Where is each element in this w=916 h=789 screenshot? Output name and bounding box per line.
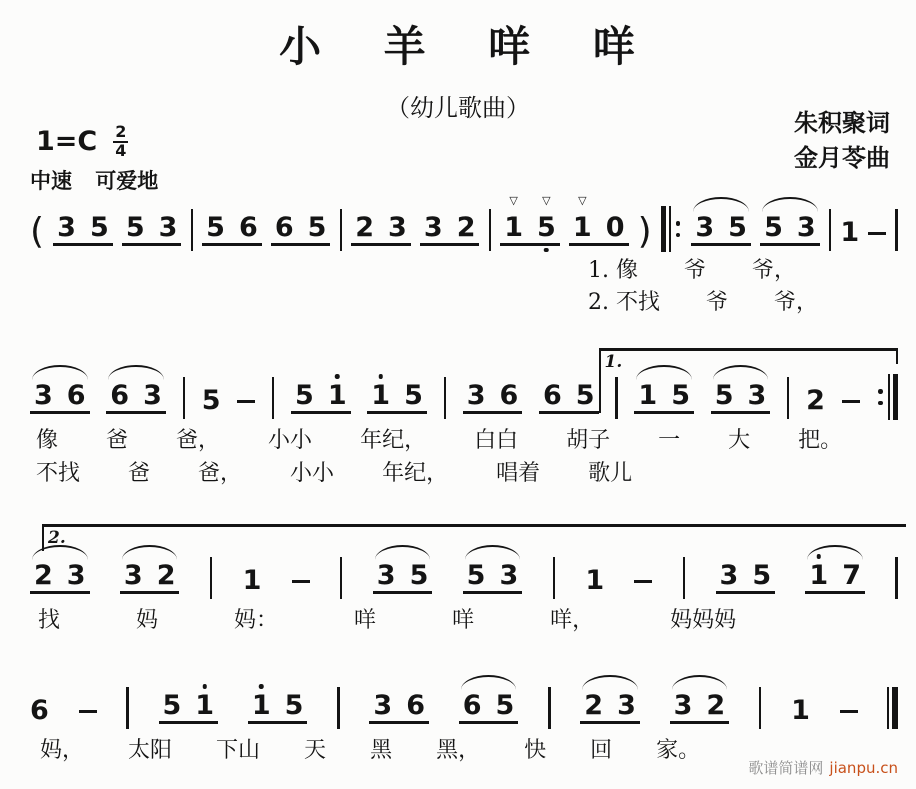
note-5: 5 — [728, 214, 747, 241]
note-digit: 3 — [34, 380, 53, 411]
repeat-dot — [676, 233, 681, 238]
note-digit: 6 — [275, 212, 294, 243]
lyric-word: 爷， — [752, 258, 796, 284]
note-digit: 1 — [573, 212, 592, 243]
barline — [895, 209, 898, 251]
beam-group: 35 — [53, 214, 113, 246]
music-line-2: 1. 366355115366515532 像爸爸，小小年纪，白白胡子一大把。 … — [30, 368, 898, 488]
note-digit: 3 — [797, 212, 816, 243]
lyric-word: 快 — [524, 738, 546, 764]
lyric-word: 黑， — [436, 738, 480, 764]
watermark-url: jianpu.cn — [829, 759, 898, 777]
note-digit: 5 — [467, 560, 486, 591]
note-digit: 3 — [67, 560, 86, 591]
repeat-thick-bar — [661, 206, 666, 252]
note-digit: 1 — [585, 565, 604, 596]
lyric-word: 黑 — [370, 738, 392, 764]
note-5: 5 — [764, 214, 783, 241]
note-5: 5 — [285, 692, 304, 719]
lyric-word: 爷， — [774, 290, 818, 316]
note-digit: 2 — [706, 690, 725, 721]
beam-group: 35 — [691, 214, 751, 246]
lyric-word: 回 — [590, 738, 612, 764]
beam-group: 35 — [373, 562, 433, 594]
lyric-word: 天 — [304, 738, 326, 764]
lyricist-credit: 朱积聚词 — [794, 106, 890, 141]
slur-arc — [32, 365, 88, 380]
lyric-word: 胡子 — [566, 428, 610, 454]
beam-group: 51 — [291, 382, 351, 414]
note-digit: 3 — [674, 690, 693, 721]
note-1: 1 — [252, 692, 271, 719]
barline — [210, 557, 213, 599]
lyric-word: 爷 — [706, 290, 728, 316]
lyric-word: 找 — [38, 608, 60, 634]
note-3: 3 — [617, 692, 636, 719]
lyric-word: 大 — [728, 428, 750, 454]
note-3: 3 — [67, 562, 86, 589]
lyric-word: 年纪， — [360, 428, 426, 454]
beam-group: 23 — [351, 214, 411, 246]
note-digit: 3 — [695, 212, 714, 243]
barline — [340, 209, 343, 251]
octave-dot-high — [259, 684, 264, 689]
note-3: 3 — [143, 382, 162, 409]
watermark: 歌谱简谱网jianpu.cn — [748, 757, 898, 778]
sheet-music-page: 小 羊 咩 咩 （幼儿歌曲） 朱积聚词 金月苓曲 1=C 2 4 中速 可爱地 … — [0, 0, 916, 789]
beam-group: 15 — [634, 382, 694, 414]
lyric-word: 爸， — [176, 428, 220, 454]
note-5: 5 — [90, 214, 109, 241]
note-digit: 1 — [840, 217, 859, 248]
barline — [489, 209, 492, 251]
repeat-dot — [676, 221, 681, 226]
beam-group: 53 — [463, 562, 523, 594]
credits: 朱积聚词 金月苓曲 — [794, 106, 890, 176]
note-digit: 6 — [239, 212, 258, 243]
staccato-accent-icon: ▽ — [509, 195, 517, 206]
note-5: ▽5 — [537, 214, 556, 241]
beam-group: 32 — [120, 562, 180, 594]
note-digit: 3 — [499, 560, 518, 591]
note-digit: 3 — [424, 212, 443, 243]
lyric-word: 咩， — [550, 608, 594, 634]
parenthesis: ( — [30, 214, 44, 250]
dash-continuation — [237, 400, 255, 404]
note-digit: 3 — [747, 380, 766, 411]
lyric-word: 爸 — [128, 461, 150, 487]
note-digit: 6 — [67, 380, 86, 411]
note-1: ▽1 — [504, 214, 523, 241]
note-digit: 5 — [537, 212, 556, 243]
note-6: 6 — [543, 382, 562, 409]
note-3: 3 — [34, 382, 53, 409]
note-digit: 3 — [124, 560, 143, 591]
note-3: 3 — [57, 214, 76, 241]
note-3: 3 — [373, 692, 392, 719]
beam-group: ▽1▽5 — [500, 214, 560, 246]
note-5: 5 — [163, 692, 182, 719]
barline — [191, 209, 194, 251]
note-digit: 1 — [371, 380, 390, 411]
octave-dot-high — [335, 374, 340, 379]
barline — [548, 687, 551, 729]
note-digit: 3 — [57, 212, 76, 243]
note-digit: 2 — [34, 560, 53, 591]
note-digit: 5 — [308, 212, 327, 243]
repeat-dots — [676, 221, 681, 237]
note-5: 5 — [671, 382, 690, 409]
note-digit: 5 — [295, 380, 314, 411]
lyrics-verse-1: 像爸爸，小小年纪，白白胡子一大把。 — [36, 428, 898, 454]
final-thick-bar — [892, 687, 898, 729]
dash-continuation — [79, 710, 97, 714]
note-digit: 1 — [791, 695, 810, 726]
lyric-word: 太阳 — [128, 738, 172, 764]
lyric-word: 爸 — [106, 428, 128, 454]
note-1: 1 — [840, 219, 859, 246]
note-digit: 5 — [404, 380, 423, 411]
lyric-word: 1. 像 — [588, 258, 638, 284]
slur-arc — [582, 675, 638, 690]
note-digit: 5 — [576, 380, 595, 411]
note-1: 1 — [371, 382, 390, 409]
note-3: 3 — [797, 214, 816, 241]
barline — [126, 687, 129, 729]
lyric-word: 小小 — [290, 461, 334, 487]
lyric-word: 爸， — [198, 461, 242, 487]
note-2: 2 — [34, 562, 53, 589]
notation-row: (355356652332▽1▽5▽10)35531 — [30, 200, 898, 246]
music-line-1: (355356652332▽1▽5▽10)35531 1. 像爷爷， 2. 不找… — [30, 200, 898, 317]
barline — [340, 557, 343, 599]
slur-arc — [461, 675, 517, 690]
note-digit: 5 — [752, 560, 771, 591]
staccato-accent-icon: ▽ — [578, 195, 586, 206]
note-3: 3 — [159, 214, 178, 241]
note-1: ▽1 — [573, 214, 592, 241]
note-3: 3 — [720, 562, 739, 589]
dash-continuation — [292, 580, 310, 584]
note-digit: 2 — [457, 212, 476, 243]
note-2: 2 — [584, 692, 603, 719]
second-ending-bracket: 2. — [42, 524, 906, 551]
notation-row: 23321355313517 — [30, 548, 898, 594]
note-3: 3 — [424, 214, 443, 241]
beam-group: 65 — [271, 214, 331, 246]
note-digit: 1 — [504, 212, 523, 243]
beam-group: 36 — [30, 382, 90, 414]
lyric-word: 歌儿 — [588, 461, 632, 487]
note-3: 3 — [388, 214, 407, 241]
note-digit: 0 — [606, 212, 625, 243]
beam-group: 53 — [760, 214, 820, 246]
barline — [444, 377, 447, 419]
note-digit: 5 — [202, 385, 221, 416]
note-digit: 5 — [671, 380, 690, 411]
note-digit: 6 — [30, 695, 49, 726]
lyric-word: 把。 — [798, 428, 842, 454]
song-title: 小 羊 咩 咩 — [0, 14, 916, 74]
note-digit: 1 — [328, 380, 347, 411]
barline — [829, 209, 832, 251]
octave-dot-high — [378, 374, 383, 379]
note-digit: 1 — [243, 565, 262, 596]
note-2: 2 — [157, 562, 176, 589]
note-3: 3 — [124, 562, 143, 589]
note-6: 6 — [30, 697, 49, 724]
lyrics-verse-2: 不找爸爸，小小年纪，唱着歌儿 — [36, 461, 898, 487]
key-signature: 1=C — [36, 126, 97, 157]
composer-credit: 金月苓曲 — [794, 141, 890, 176]
lyric-word: 2. 不找 — [588, 290, 660, 316]
time-signature: 2 4 — [113, 124, 128, 160]
note-6: 6 — [110, 382, 129, 409]
beam-group: 65 — [459, 692, 519, 724]
note-6: 6 — [239, 214, 258, 241]
beam-group: 53 — [122, 214, 182, 246]
note-digit: 6 — [110, 380, 129, 411]
parenthesis: ) — [638, 214, 652, 250]
staccato-accent-icon: ▽ — [542, 195, 550, 206]
beam-group: 65 — [539, 382, 599, 414]
lyric-word: 唱着 — [496, 461, 540, 487]
note-0: 0 — [606, 214, 625, 241]
note-digit: 2 — [806, 385, 825, 416]
song-subtitle: （幼儿歌曲） — [0, 88, 916, 123]
note-5: 5 — [206, 214, 225, 241]
notation-row: 65115366523321 — [30, 678, 898, 724]
note-6: 6 — [406, 692, 425, 719]
note-5: 5 — [202, 387, 221, 414]
note-digit: 5 — [728, 212, 747, 243]
note-digit: 2 — [355, 212, 374, 243]
slur-arc — [693, 197, 749, 212]
beam-group: 56 — [202, 214, 262, 246]
note-2: 2 — [355, 214, 374, 241]
slur-arc — [762, 197, 818, 212]
barline — [183, 377, 186, 419]
lyric-word: 妈 — [136, 608, 158, 634]
note-2: 2 — [706, 692, 725, 719]
note-5: 5 — [404, 382, 423, 409]
note-digit: 6 — [406, 690, 425, 721]
note-digit: 6 — [463, 690, 482, 721]
octave-dot-high — [202, 684, 207, 689]
lyrics-verse: 找妈妈：咩咩咩，妈妈妈 — [38, 608, 898, 634]
beam-group: 15 — [248, 692, 308, 724]
beam-group: 51 — [159, 692, 219, 724]
note-digit: 5 — [126, 212, 145, 243]
beam-group: 32 — [670, 692, 730, 724]
barline — [553, 557, 556, 599]
barline — [683, 557, 686, 599]
beam-group: 36 — [369, 692, 429, 724]
note-digit: 1 — [195, 690, 214, 721]
note-digit: 5 — [496, 690, 515, 721]
beam-group: 17 — [805, 562, 865, 594]
note-6: 6 — [275, 214, 294, 241]
note-5: 5 — [496, 692, 515, 719]
note-5: 5 — [295, 382, 314, 409]
note-2: 2 — [457, 214, 476, 241]
beam-group: 53 — [711, 382, 771, 414]
note-3: 3 — [674, 692, 693, 719]
note-digit: 6 — [500, 380, 519, 411]
time-signature-numerator: 2 — [113, 124, 128, 141]
note-digit: 5 — [715, 380, 734, 411]
note-3: 3 — [499, 562, 518, 589]
lyric-word: 一 — [658, 428, 680, 454]
dash-continuation — [634, 580, 652, 584]
final-barline — [887, 687, 898, 729]
note-digit: 5 — [206, 212, 225, 243]
beam-group: 36 — [463, 382, 523, 414]
first-ending-label: 1. — [605, 352, 623, 372]
beam-group: 15 — [367, 382, 427, 414]
note-5: 5 — [410, 562, 429, 589]
lyrics-verse-2: 2. 不找爷爷， — [588, 290, 898, 316]
music-line-3: 2. 23321355313517 找妈妈：咩咩咩，妈妈妈 — [30, 548, 898, 634]
final-thin-bar — [887, 687, 889, 729]
barline — [337, 687, 340, 729]
watermark-site-name: 歌谱简谱网 — [748, 759, 823, 777]
music-line-4: 65115366523321 妈，太阳下山天黑黑，快回家。 — [30, 678, 898, 764]
note-1: 1 — [243, 567, 262, 594]
beam-group: 23 — [580, 692, 640, 724]
note-digit: 5 — [410, 560, 429, 591]
slur-arc — [108, 365, 164, 380]
note-digit: 3 — [720, 560, 739, 591]
tempo-marking: 中速 可爱地 — [30, 165, 158, 195]
note-digit: 2 — [157, 560, 176, 591]
note-digit: 3 — [159, 212, 178, 243]
note-1: 1 — [638, 382, 657, 409]
lyric-word: 家。 — [656, 738, 700, 764]
note-1: 1 — [791, 697, 810, 724]
lyric-word: 小小 — [268, 428, 312, 454]
lyric-word: 不找 — [36, 461, 80, 487]
beam-group: 63 — [106, 382, 166, 414]
note-3: 3 — [695, 214, 714, 241]
note-digit: 3 — [373, 690, 392, 721]
note-digit: 3 — [388, 212, 407, 243]
key-time-row: 1=C 2 4 — [36, 124, 128, 160]
note-3: 3 — [467, 382, 486, 409]
lyric-word: 妈： — [234, 608, 278, 634]
dash-continuation — [840, 710, 858, 714]
note-5: 5 — [715, 382, 734, 409]
repeat-begin-sign — [661, 206, 683, 252]
note-digit: 5 — [163, 690, 182, 721]
note-5: 5 — [467, 562, 486, 589]
note-digit: 1 — [252, 690, 271, 721]
lyric-word: 妈妈妈 — [670, 608, 736, 634]
dash-continuation — [868, 232, 886, 236]
note-digit: 5 — [285, 690, 304, 721]
note-6: 6 — [463, 692, 482, 719]
lyric-word: 咩 — [452, 608, 474, 634]
beam-group: 35 — [716, 562, 776, 594]
lyric-word: 像 — [36, 428, 58, 454]
lyric-word: 咩 — [354, 608, 376, 634]
barline — [272, 377, 275, 419]
note-2: 2 — [806, 387, 825, 414]
note-digit: 2 — [584, 690, 603, 721]
note-3: 3 — [747, 382, 766, 409]
slur-arc — [672, 675, 728, 690]
octave-dot-high — [817, 554, 822, 559]
note-7: 7 — [842, 562, 861, 589]
lyric-word: 年纪， — [382, 461, 448, 487]
octave-dot-low — [544, 248, 549, 253]
beam-group: 32 — [420, 214, 480, 246]
note-digit: 5 — [764, 212, 783, 243]
note-5: 5 — [752, 562, 771, 589]
note-3: 3 — [377, 562, 396, 589]
note-digit: 7 — [842, 560, 861, 591]
barline — [759, 687, 762, 729]
lyric-word: 白白 — [474, 428, 518, 454]
lyric-word: 爷 — [684, 258, 706, 284]
note-digit: 6 — [543, 380, 562, 411]
note-1: 1 — [809, 562, 828, 589]
note-digit: 5 — [90, 212, 109, 243]
note-6: 6 — [500, 382, 519, 409]
note-digit: 3 — [377, 560, 396, 591]
beam-group: 23 — [30, 562, 90, 594]
note-5: 5 — [576, 382, 595, 409]
note-digit: 1 — [638, 380, 657, 411]
note-digit: 1 — [809, 560, 828, 591]
lyrics-verse-1: 1. 像爷爷， — [588, 258, 898, 284]
note-1: 1 — [328, 382, 347, 409]
note-digit: 3 — [617, 690, 636, 721]
lyric-word: 妈， — [40, 738, 84, 764]
note-5: 5 — [308, 214, 327, 241]
note-6: 6 — [67, 382, 86, 409]
lyric-word: 下山 — [216, 738, 260, 764]
note-1: 1 — [195, 692, 214, 719]
barline — [895, 557, 898, 599]
time-signature-denominator: 4 — [113, 141, 128, 160]
note-digit: 3 — [467, 380, 486, 411]
note-5: 5 — [126, 214, 145, 241]
note-digit: 3 — [143, 380, 162, 411]
repeat-thin-bar — [669, 206, 671, 252]
beam-group: ▽10 — [569, 214, 629, 246]
note-1: 1 — [585, 567, 604, 594]
